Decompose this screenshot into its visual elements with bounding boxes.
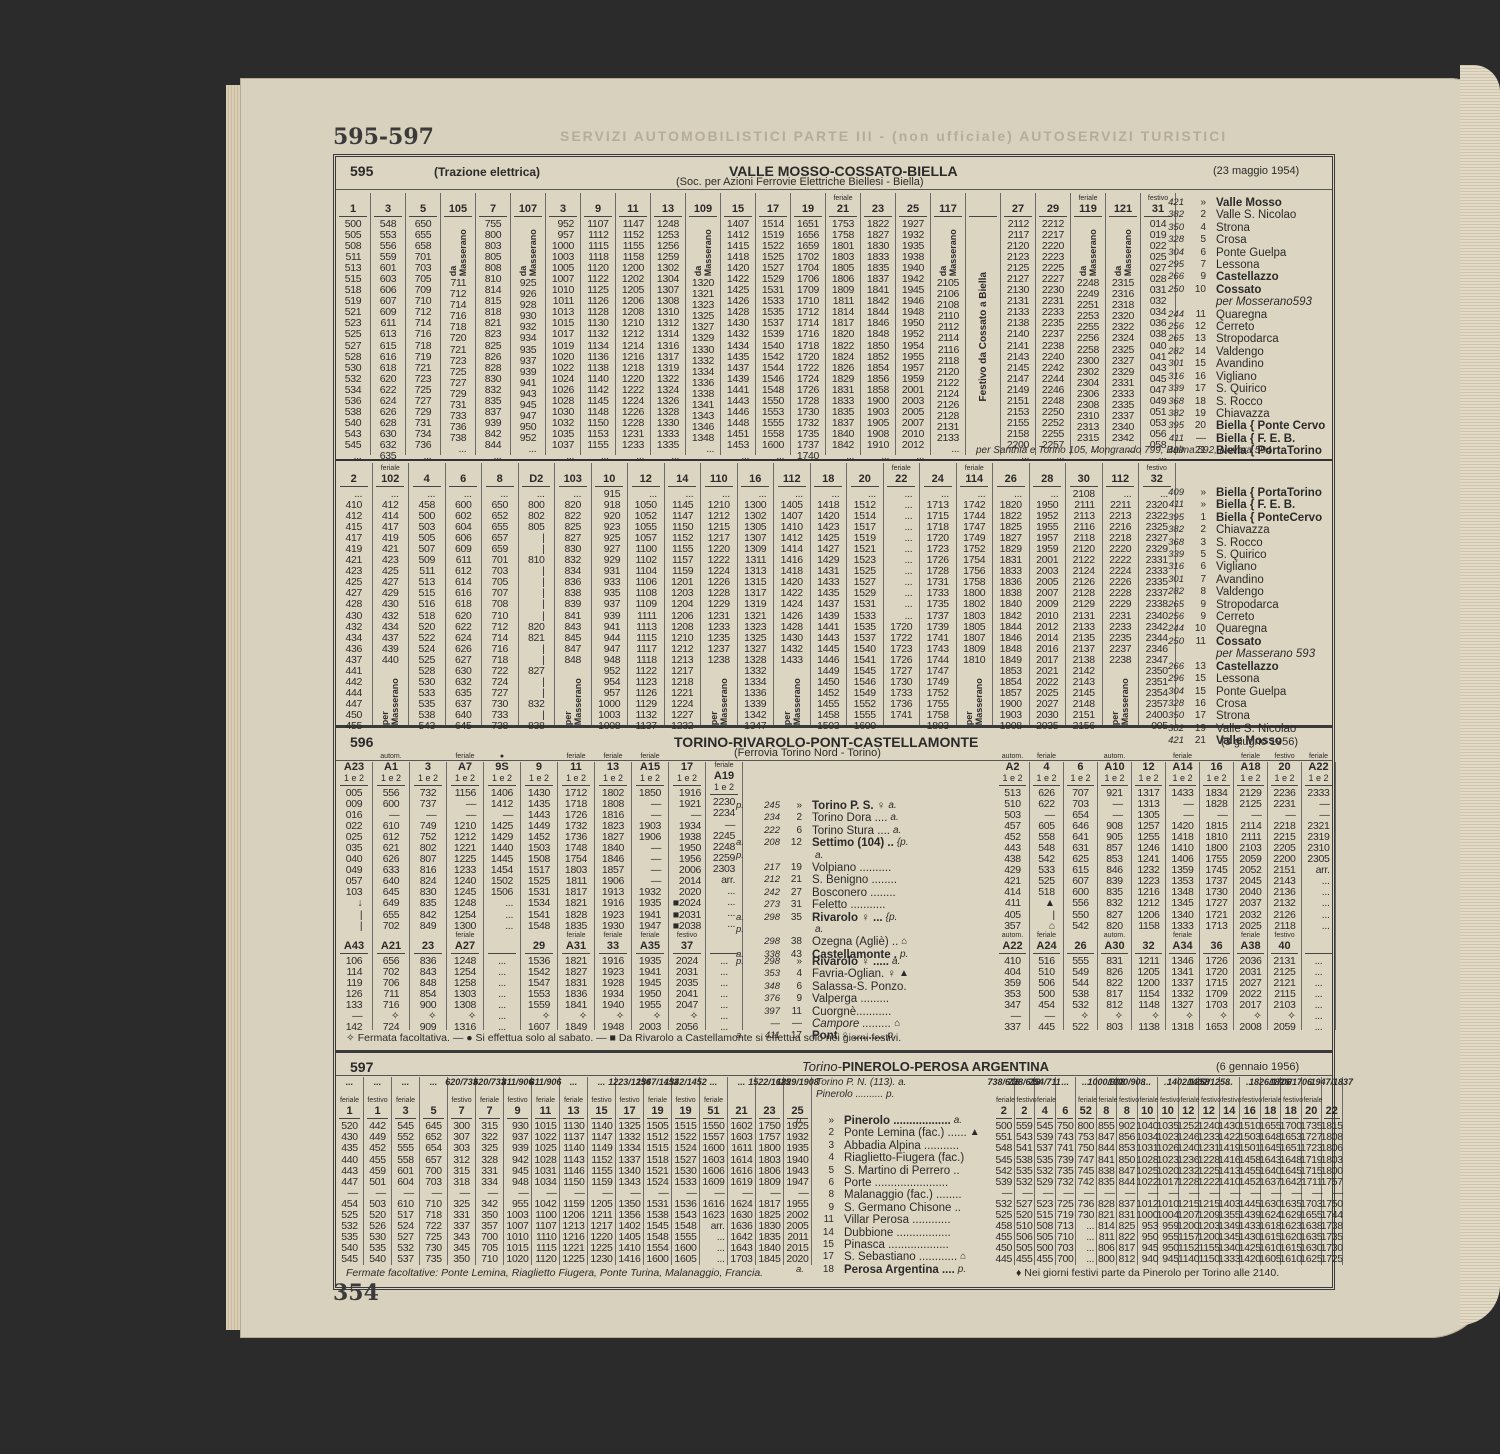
train-number: 8 [1098, 1106, 1114, 1117]
station-name: Torino P. S. ♀ [802, 800, 885, 812]
distance-km: » [1184, 499, 1206, 511]
train-column: 91 e 21430 1435 1443 1449 1452 1503 1508… [521, 762, 558, 930]
station-row: 3683S. Rocco [1156, 537, 1322, 549]
train-number: 28 [1033, 474, 1061, 485]
distance-km: 15 [1184, 686, 1206, 698]
distance-km: 6 [812, 1177, 834, 1189]
departure-times: ... 820 822 825 827 830 832 834 836 838 … [564, 489, 581, 666]
train-number-header: 103 [559, 463, 587, 487]
train-number: 51 [703, 1106, 725, 1117]
timetable-596: 596 TORINO-RIVAROLO-PONT-CASTELLAMONTE (… [336, 728, 1332, 1053]
train-number-header: festivo37 [673, 930, 702, 954]
departure-times: 1927 1932 1935 1938 1940 1942 1945 1946 … [902, 219, 924, 462]
station-list-a: p.245»Torino P. S. ♀a.2342Torino Dora ..… [736, 800, 909, 961]
station-row: 24227Bosconero ........ [736, 887, 909, 899]
train-number-header: feriale11 [535, 1095, 557, 1119]
departure-times: 1735 1727 1723 1719 1715 1711 — 1703 165… [1300, 1121, 1322, 1265]
class-label: 1 e 2 [340, 773, 369, 784]
class-label: 1 e 2 [377, 773, 406, 784]
train-number: 117 [934, 204, 961, 215]
station-list-down: 409»Biella { PortaTorino411»Biella { F. … [1156, 487, 1322, 748]
train-column: 91107 1112 1115 1118 1120 1122 1125 1126… [581, 193, 616, 455]
train-number-header: feriale20 [1303, 1095, 1319, 1119]
station-row: 21221S. Benigno ........ [736, 874, 909, 886]
distance-km: 6 [780, 825, 802, 837]
train-number: 27 [1004, 204, 1031, 215]
station-name: S. Benigno ........ [802, 874, 897, 886]
train-number: 23 [759, 1106, 781, 1117]
train-column: 107da Masserano925 926 928 930 932 934 9… [511, 193, 546, 455]
distance-km: 3 [1184, 537, 1206, 549]
station-name: Stropodarca [1206, 599, 1279, 611]
altitude: 282 [1156, 346, 1184, 358]
departure-times: 1712 1718 1726 1732 1736 1748 1754 1803 … [565, 788, 587, 932]
station-name: Favria-Oglian. ♀ [802, 968, 896, 980]
train-column: 105da Masserano711 712 714 716 718 720 7… [441, 193, 476, 455]
direction-mark [736, 899, 752, 911]
train-number-header: festivo16 [1242, 1095, 1258, 1119]
station-row: 2569Cerreto [1156, 611, 1322, 623]
station-name [802, 924, 812, 936]
departure-times: ... 800 802 805 | | 810 | | | | | 820 82… [528, 489, 545, 732]
altitude: 245 [752, 800, 780, 812]
departure-times: 1433 — — 1420 1418 1410 1406 1359 1353 1… [1171, 788, 1193, 932]
direction-mark [796, 1227, 812, 1239]
optional-stops-note: Fermate facoltative: Ponte Lemina, Riagl… [346, 1267, 763, 1279]
class-label: 1 e 2 [525, 773, 554, 784]
station-name: Quaregna [1206, 623, 1267, 635]
class-label: 1 e 2 [1067, 773, 1093, 784]
train-number-header: feriale51 [703, 1095, 725, 1119]
train-column: 20... 1512 1514 1517 1519 1521 1523 1525… [847, 463, 884, 725]
station-row: 2828Valdengo [1156, 586, 1322, 598]
train-number-header: 5 [423, 1095, 445, 1119]
train-number-header: 22 [1324, 1095, 1340, 1119]
train-column: feriale114... 1742 1744 1747 1749 1752 1… [957, 463, 994, 725]
timetable-597: 597 Torino-PINEROLO-PEROSA ARGENTINA (6 … [336, 1053, 1332, 1287]
station-name: Pinasca ................... [834, 1239, 949, 1251]
train-column: ... ... ... ... ... ... ... [484, 930, 521, 1030]
departure-times: 106 114 119 126 133 — 142 [346, 956, 363, 1033]
train-number-header: 8 [486, 463, 514, 487]
station-row: 21719Volpiano .......... [736, 862, 909, 874]
train-column: ...festivo1442 449 452 455 459 501 — 503… [364, 1077, 392, 1265]
train-column: 12... 1050 1052 1055 1057 1100 1102 1104… [628, 463, 665, 725]
distance-km: 9 [780, 993, 802, 1005]
class-label: 1 e 2 [414, 773, 443, 784]
train-column: ...feriale1520 430 435 440 443 447 — 454… [336, 1077, 364, 1265]
departure-times: 315 322 325 328 331 334 — 342 350 357 70… [481, 1121, 498, 1265]
class-label: 1 e 2 [562, 773, 591, 784]
train-number: A23 [340, 762, 369, 773]
station-row: 2659Stropodarca [1156, 599, 1322, 611]
train-column: 272112 2117 2120 2123 2125 2127 2130 213… [1001, 193, 1036, 455]
return-columns-b: autom.A22410 404 359 353 347 — 337ferial… [996, 930, 1336, 1030]
altitude: 301 [1156, 358, 1184, 370]
altitude: 256 [1156, 321, 1184, 333]
station-row: 411»Biella { F. E. B. [1156, 499, 1322, 511]
train-number-header: feriale33 [599, 930, 628, 954]
train-column: 23836 843 848 854 900 ✧ 909 [410, 930, 447, 1030]
direction-mark: p. [736, 850, 752, 862]
stop-mark: p. [958, 1264, 966, 1276]
altitude: 234 [752, 812, 780, 824]
distance-km: 14 [1184, 346, 1206, 358]
departure-times: 2024 2031 2035 2041 2047 ✧ 2056 [676, 956, 698, 1033]
train-number-header: 112 [1106, 463, 1134, 487]
station-row: a.29835Rivarolo ♀ ...{p. [736, 912, 909, 924]
altitude: 212 [752, 874, 780, 886]
station-name: Pinerolo .................. [834, 1115, 951, 1127]
train-number-header: ferialeA38 [1237, 930, 1263, 954]
altitude: — [752, 1018, 780, 1030]
station-row: 3486Salassa-S. Ponzo. [736, 981, 910, 993]
station-name: Abbadia Alpina ........... [834, 1140, 959, 1152]
timetable-595: 595 (Trazione elettrica) VALLE MOSSO-COS… [336, 157, 1332, 728]
direction-mark [736, 1018, 752, 1030]
train-number-header: A231 e 2 [340, 762, 369, 786]
train-number: 32 [1135, 941, 1161, 952]
direction-mark [796, 1127, 812, 1139]
departure-times: 513 510 503 457 452 443 438 429 421 414 … [1004, 788, 1021, 932]
distance-km: » [780, 956, 802, 968]
departure-times: 1505 1512 1515 1518 1521 1524 — 1531 153… [646, 1121, 668, 1265]
train-number-header: 19 [794, 193, 821, 217]
altitude: 316 [1156, 561, 1184, 573]
train-number: 3 [374, 204, 401, 215]
train-column: autom.A21 e 2513 510 503 457 452 443 438… [996, 762, 1030, 930]
train-column: 4... 458 500 503 505 507 509 511 513 515… [409, 463, 446, 725]
train-number-header: ferialeA24 [1033, 930, 1059, 954]
train-number-header: feriale19 [647, 1095, 669, 1119]
book-page-edge [1460, 65, 1500, 1325]
connection-times: ... [738, 1077, 746, 1095]
departure-times: ... 1050 1052 1055 1057 1100 1102 1104 1… [635, 489, 657, 732]
train-column: 1522/1625231750 1757 1800 1803 1806 1809… [756, 1077, 784, 1265]
stop-mark: ⌂ [901, 936, 907, 948]
train-column: 738/618feriale2500 551 548 545 542 539 —… [994, 1077, 1015, 1265]
train-number-header: ferialeA71 e 2 [451, 762, 480, 786]
train-number-header: ferialeA151 e 2 [636, 762, 665, 786]
train-number: A1 [377, 762, 406, 773]
distance-km: 2 [812, 1127, 834, 1139]
station-name: Avandino [1206, 358, 1264, 370]
distance-km: 2 [1184, 524, 1206, 536]
station-row: 2342Torino Dora ....a. [736, 812, 909, 824]
train-number: 110 [705, 474, 733, 485]
train-number: 7 [479, 1106, 501, 1117]
train-number: 24 [924, 474, 952, 485]
train-column: ...211602 1603 1611 1614 1616 1619 — 162… [728, 1077, 756, 1265]
train-column: 1402/1258festivo121240 1233 1231 1228 12… [1199, 1077, 1220, 1265]
departure-times: 1550 1557 1600 1603 1606 1609 — 1616 162… [702, 1121, 724, 1265]
distance-km: 35 [780, 912, 802, 924]
departure-times: 1248 1254 1258 1303 1308 ✧ 1316 [454, 956, 476, 1033]
stop-mark: {p. [897, 837, 909, 849]
station-name: Avandino [1206, 574, 1264, 586]
departure-times: 1240 1233 1231 1228 1225 1222 — 1215 120… [1198, 1121, 1220, 1265]
distance-km: 15 [1184, 673, 1206, 685]
train-column: feriale111 e 21712 1718 1726 1732 1736 1… [558, 762, 595, 930]
train-number-header: feriale41 e 2 [1033, 762, 1059, 786]
train-number-header: 23 [414, 930, 443, 954]
train-number: 5 [409, 204, 436, 215]
station-row: 3395S. Quirico [1156, 549, 1322, 561]
return-columns: 738/618feriale2500 551 548 545 542 539 —… [994, 1077, 1343, 1265]
altitude: 411 [1156, 433, 1184, 445]
train-number-header: 171 e 2 [673, 762, 702, 786]
train-number: A7 [451, 762, 480, 773]
train-number: 10 [595, 474, 623, 485]
train-number: 9 [584, 204, 611, 215]
direction-mark [736, 981, 752, 993]
distance-km: 2 [780, 812, 802, 824]
train-number-header: 11 [619, 193, 646, 217]
altitude: 295 [1156, 259, 1184, 271]
departure-times: 1346 1341 1337 1332 1327 ✧ 1318 [1171, 956, 1193, 1033]
train-number: A30 [1101, 941, 1127, 952]
departure-times: 1317 1313 1305 1257 1255 1246 1241 1232 … [1137, 788, 1159, 932]
train-number-header: 7 [479, 193, 506, 217]
station-list: p.»Pinerolo ..................a.2Ponte L… [796, 1115, 980, 1276]
distance-km: 8 [812, 1189, 834, 1201]
distance-km: » [780, 800, 802, 812]
departure-times: 2036 2031 2027 2022 2017 ✧ 2008 [1239, 956, 1261, 1033]
altitude: 296 [1156, 673, 1184, 685]
station-row: 3046Ponte Guelpa [1156, 247, 1325, 259]
departure-times: 1536 1542 1547 1553 1559 ✧ 1607 [528, 956, 550, 1033]
stop-mark: a. [815, 850, 823, 862]
train-number-header: autom.A101 e 2 [1101, 762, 1127, 786]
station-name: per Masserano 593 [1206, 648, 1315, 660]
station-name: Rivarolo ♀ ..... [802, 956, 889, 968]
connection-times: ... [346, 1077, 354, 1095]
train-column: ferialeA311821 1827 1831 1836 1841 ✧ 184… [558, 930, 595, 1030]
train-number-header: feriale52 [1078, 1095, 1094, 1119]
train-number: 25 [899, 204, 926, 215]
direction-mark [736, 968, 752, 980]
altitude: 244 [1156, 623, 1184, 635]
class-label: 1 e 2 [1135, 773, 1161, 784]
train-number-header: 3 [374, 193, 401, 217]
train-column: 26... 1820 1822 1825 1827 1829 1831 1833… [993, 463, 1030, 725]
origin-note: da Masserano [1078, 219, 1098, 276]
station-row: 24410Quaregna [1156, 623, 1322, 635]
station-name: Ponte Guelpa [1206, 686, 1286, 698]
station-name: Biella { F. E. B. [1206, 499, 1295, 511]
train-number: 8 [1119, 1106, 1135, 1117]
train-number-header: feriale22 [887, 463, 915, 487]
train-number: 19 [675, 1106, 697, 1117]
departure-times: 1750 1757 1800 1803 1806 1809 — 1817 182… [758, 1121, 780, 1265]
train-number-header: feriale102 [376, 463, 404, 487]
train-column: 31 e 2732 737 — 749 752 802 807 816 824 … [410, 762, 447, 930]
station-name: Ponte Lemina (fac.) ...... [834, 1127, 967, 1139]
train-number-header: 3 [549, 193, 576, 217]
stop-mark: {p. [886, 912, 898, 924]
class-label: 1 e 2 [636, 773, 665, 784]
stop-mark: a. [890, 812, 898, 824]
direction-mark [796, 1239, 812, 1251]
train-number: 12 [1135, 762, 1161, 773]
departure-times: 2248 2249 2251 2253 2255 2256 2258 2300 … [1077, 278, 1099, 455]
train-column: 18... 1418 1420 1423 1425 1427 1429 1431… [811, 463, 848, 725]
train-column: autom.A22410 404 359 353 347 — 337 [996, 930, 1030, 1030]
train-column: 112... 1405 1407 1410 1412 1414 1416 141… [774, 463, 811, 725]
train-column: 231822 1827 1830 1833 1835 1837 1841 184… [861, 193, 896, 455]
station-name: Crosa [1206, 234, 1247, 246]
station-name: Biella { F. E. B. [1206, 433, 1295, 445]
train-column: 28... 1950 1952 1955 1957 1959 2001 2003… [1030, 463, 1067, 725]
origin-note: da Masserano [693, 219, 713, 276]
station-row: 15Pinasca ................... [796, 1239, 980, 1251]
direction-mark: p. [736, 800, 752, 812]
train-number: 4 [1033, 762, 1059, 773]
station-name: Crosa [1206, 698, 1247, 710]
divider [336, 459, 1332, 461]
train-number: 37 [673, 941, 702, 952]
departure-times: 952 957 1000 1003 1005 1007 1010 1011 10… [552, 219, 574, 462]
station-name: Torino Stura .... [802, 825, 890, 837]
direction-mark: a. [736, 837, 752, 849]
station-name: Bosconero ........ [802, 887, 896, 899]
direction-mark [796, 1165, 812, 1177]
train-number: 29 [525, 941, 554, 952]
departure-times: 1430 1422 1419 1416 1413 1410 — 1403 135… [1218, 1121, 1240, 1265]
train-number: 4 [413, 474, 441, 485]
departure-times: 1821 1827 1831 1836 1841 ✧ 1849 [565, 956, 587, 1033]
page-number: 354 [333, 1280, 379, 1306]
train-column: 620/733festivo7300 307 303 312 315 318 —… [448, 1077, 476, 1265]
departure-times: 750 743 741 739 735 732 — 725 719 713 71… [1057, 1121, 1074, 1265]
train-column: 8... 650 652 655 657 659 701 703 705 707… [482, 463, 519, 725]
departure-times: 1252 1246 1240 1236 1232 1228 — 1215 120… [1177, 1121, 1199, 1265]
departure-times: 1834 1828 — 1815 1810 1800 1755 1745 173… [1205, 788, 1227, 932]
direction-mark [736, 812, 752, 824]
train-number-header: 23 [864, 193, 891, 217]
station-row: 14Dubbione ................. [796, 1227, 980, 1239]
train-number: 52 [1078, 1106, 1094, 1117]
station-name: Stropodarca [1206, 333, 1279, 345]
return-columns-a: autom.A21 e 2513 510 503 457 452 443 438… [996, 762, 1336, 930]
train-column: 811/906festivo9930 937 939 942 945 948 —… [504, 1077, 532, 1265]
distance-km: 5 [1184, 549, 1206, 561]
destination-note: per Masserano [964, 670, 984, 725]
departure-times: 645 652 654 657 700 703 — 710 718 722 72… [425, 1121, 442, 1265]
departure-times: 1850 — — 1903 1906 — — — — 1932 1935 194… [639, 788, 661, 932]
table-number: 597 [350, 1059, 373, 1075]
departure-times: ... 1512 1514 1517 1519 1521 1523 1525 1… [854, 489, 876, 732]
train-column: 291536 1542 1547 1553 1559 ✧ 1607 [521, 930, 558, 1030]
train-number: 3 [395, 1106, 417, 1117]
departure-times: 1147 1152 1155 1158 1200 1202 1205 1206 … [622, 219, 644, 462]
train-number-header: 6 [1057, 1095, 1073, 1119]
station-name: Cossato [1206, 284, 1261, 296]
train-column: 1402/1258feriale121252 1246 1240 1236 12… [1179, 1077, 1200, 1265]
train-number: 112 [1106, 474, 1134, 485]
running-head: 595-597 [333, 124, 434, 150]
departure-times: 1822 1827 1830 1833 1835 1837 1841 1842 … [867, 219, 889, 462]
train-column: 117da Masserano2105 2106 2108 2110 2112 … [931, 193, 966, 455]
departure-times: 520 430 435 440 443 447 — 454 525 532 53… [341, 1121, 358, 1265]
station-row: 30415Ponte Guelpa [1156, 686, 1322, 698]
train-column: feriale102... 412 414 417 419 421 423 42… [373, 463, 410, 725]
train-number-header: ferialeA35 [636, 930, 665, 954]
departure-times: ... 1950 1952 1955 1957 1959 2001 2003 2… [1036, 489, 1058, 732]
station-row: 421»Valle Mosso [1156, 197, 1325, 209]
train-number-header: 13 [654, 193, 681, 217]
station-row: 2Ponte Lemina (fac.) ......▲ [796, 1127, 980, 1139]
station-name: Lessona [1206, 673, 1259, 685]
connection-pinerolo: Pinerolo .......... p. [816, 1089, 906, 1101]
train-column: 26555 549 544 538 532 ✧ 522 [1064, 930, 1098, 1030]
train-number-header: 105 [444, 193, 471, 217]
train-column: 251927 1932 1935 1938 1940 1942 1945 194… [896, 193, 931, 455]
train-number: 109 [689, 204, 716, 215]
distance-km: 4 [780, 968, 802, 980]
distance-km: 9 [1184, 599, 1206, 611]
departure-times: 516 510 506 500 454 — 445 [1038, 956, 1055, 1033]
destination-note: per Masserano [1110, 670, 1130, 725]
departure-times: 2131 2125 2121 2115 2103 ✧ 2059 [1273, 956, 1295, 1033]
departure-times: ... ... ... ... ... ... ... [1315, 956, 1323, 1033]
direction-mark [796, 1152, 812, 1164]
departure-times: 1802 1808 1816 1823 1827 1840 1846 1857 … [602, 788, 624, 932]
station-name: Chiavazza [1206, 408, 1270, 420]
train-number-header: autom.A30 [1101, 930, 1127, 954]
departure-times: 902 856 853 850 847 844 — 837 831 825 82… [1118, 1121, 1135, 1265]
distance-km: 19 [1184, 408, 1206, 420]
stop-mark: a. [815, 924, 823, 936]
altitude: 266 [1156, 661, 1184, 673]
train-number: 9 [507, 1106, 529, 1117]
train-number-header: festivo7 [451, 1095, 473, 1119]
station-row: ——Campore .........⌂ [736, 1018, 910, 1030]
departure-times: 548 553 556 559 601 603 606 607 609 611 … [380, 219, 397, 462]
departure-times: 1407 1412 1415 1418 1420 1422 1425 1426 … [727, 219, 749, 462]
station-name: Strona [1206, 710, 1250, 722]
route-title-prefix: Torino- [802, 1059, 842, 1074]
station-name: Villar Perosa ............ [834, 1214, 951, 1226]
departure-times: ... 2211 2213 2216 2218 2220 2222 2224 2… [1109, 489, 1131, 666]
train-number-header: 24 [924, 463, 952, 487]
train-number-header: festivo17 [619, 1095, 641, 1119]
train-number: 107 [514, 204, 541, 215]
class-label: 1 e 2 [451, 773, 480, 784]
station-name: Campore ......... [802, 1018, 891, 1030]
station-name: Cerreto [1206, 611, 1254, 623]
train-number-header: 91 e 2 [525, 762, 554, 786]
departure-times: 555 549 544 538 532 ✧ 522 [1072, 956, 1089, 1033]
train-number: 18 [1283, 1106, 1299, 1117]
stop-mark: ▲ [970, 1127, 980, 1139]
direction-mark: p. [796, 1115, 812, 1127]
station-row: p.a. [736, 850, 909, 862]
destination-note: per Masserano [709, 670, 729, 725]
train-number-header: 110 [705, 463, 733, 487]
departure-times: 1515 1522 1524 1527 1530 1533 — 1536 154… [674, 1121, 696, 1265]
station-name: Chiavazza [1206, 524, 1270, 536]
train-number-header: autom.A22 [999, 930, 1025, 954]
departure-times: 1248 1253 1256 1259 1302 1304 1307 1308 … [657, 219, 679, 462]
train-number-header: 25 [899, 193, 926, 217]
train-column: autom.A11 e 2556 600 — 610 612 621 626 6… [373, 762, 410, 930]
departure-times: 1916 1923 1928 1934 1940 ✧ 1948 [602, 956, 624, 1033]
train-number-header: 117 [934, 193, 961, 217]
station-name: Cossato [1206, 636, 1261, 648]
train-number-header: festivo201 e 2 [1271, 762, 1297, 786]
train-column: feriale119da Masserano2248 2249 2251 225… [1071, 193, 1106, 455]
